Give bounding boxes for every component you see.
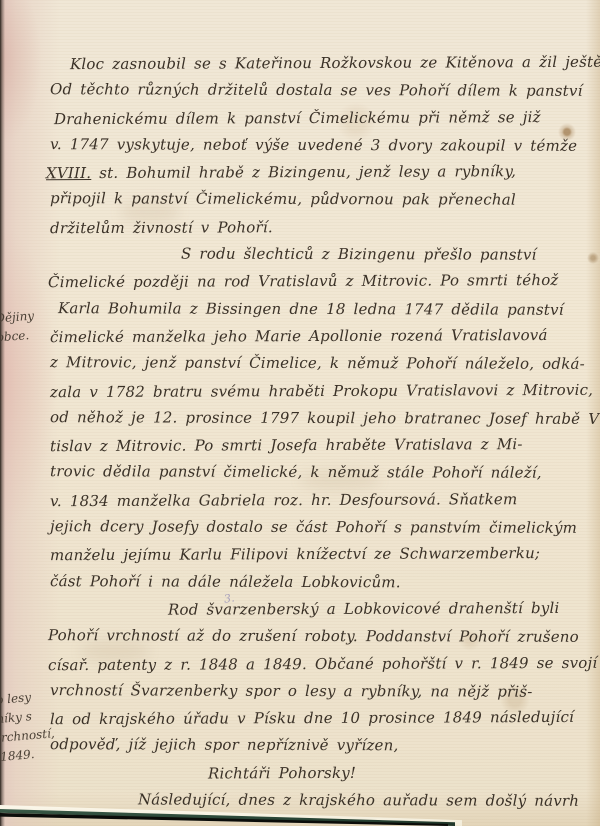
manuscript-line: trovic dědila panství čimelické, k němuž… bbox=[46, 459, 594, 488]
manuscript-line: připojil k panství Čimelickému, půdvorno… bbox=[46, 186, 594, 215]
manuscript-line: Karla Bohumila z Bissingen dne 18 ledna … bbox=[46, 295, 594, 324]
manuscript-line: Od těchto různých držitelů dostala se ve… bbox=[46, 76, 594, 105]
manuscript-line: z Mitrovic, jenž panství Čimelice, k něm… bbox=[46, 349, 594, 378]
manuscript-page: Dějinyobce. Spor o lesya rybníky sbýv. v… bbox=[0, 0, 600, 826]
manuscript-line: Čimelické později na rod Vratislavů z Mi… bbox=[46, 267, 594, 297]
manuscript-line: Drahenickému dílem k panství Čimelickému… bbox=[46, 103, 594, 133]
manuscript-line: vrchností Švarzenberky spor o lesy a ryb… bbox=[46, 677, 594, 706]
manuscript-line: Kloc zasnoubil se s Kateřinou Rožkovskou… bbox=[46, 49, 594, 79]
manuscript-line: Rod švarzenberský a Lobkovicové drahenšt… bbox=[46, 595, 594, 625]
manuscript-line: v. 1834 manželka Gabriela roz. hr. Desfo… bbox=[46, 486, 594, 516]
manuscript-line: odpověď, jíž jejich spor nepříznivě vyří… bbox=[46, 732, 594, 761]
manuscript-line: Richtáři Pohorsky! bbox=[46, 759, 594, 789]
manuscript-line: čimelické manželka jeho Marie Apollonie … bbox=[46, 322, 594, 352]
manuscript-line: císař. patenty z r. 1848 a 1849. Občané … bbox=[46, 649, 594, 679]
manuscript-line: manželu jejímu Karlu Filipovi knížectví … bbox=[46, 540, 594, 570]
manuscript-line: Pohoří vrchností až do zrušení roboty. P… bbox=[46, 622, 594, 651]
manuscript-line: zala v 1782 bratru svému hraběti Prokopu… bbox=[46, 376, 594, 406]
manuscript-line: S rodu šlechticů z Bizingenu přešlo pans… bbox=[46, 240, 594, 269]
manuscript-body: Kloc zasnoubil se s Kateřinou Rožkovskou… bbox=[46, 50, 594, 814]
manuscript-line: jejich dcery Josefy dostalo se část Poho… bbox=[46, 513, 594, 542]
manuscript-line: XVIII. st. Bohumil hrabě z Bizingenu, je… bbox=[46, 158, 594, 188]
margin-note-dejiny-obce: Dějinyobce. bbox=[0, 307, 36, 348]
manuscript-line: část Pohoří i na dále náležela Lobkoviců… bbox=[46, 568, 594, 597]
margin-note-line: obce. bbox=[0, 326, 36, 348]
manuscript-line: od něhož je 12. prosince 1797 koupil jeh… bbox=[46, 404, 594, 433]
manuscript-line: tislav z Mitrovic. Po smrti Josefa hrabě… bbox=[46, 431, 594, 461]
underlined-text: XVIII. bbox=[46, 164, 91, 182]
manuscript-line: la od krajského úřadu v Písku dne 10 pro… bbox=[46, 704, 594, 734]
manuscript-line: držitelům živností v Pohoří. bbox=[46, 213, 594, 243]
margin-note-line: Dějiny bbox=[0, 307, 35, 329]
manuscript-line: v. 1747 vyskytuje, neboť výše uvedené 3 … bbox=[46, 131, 594, 160]
